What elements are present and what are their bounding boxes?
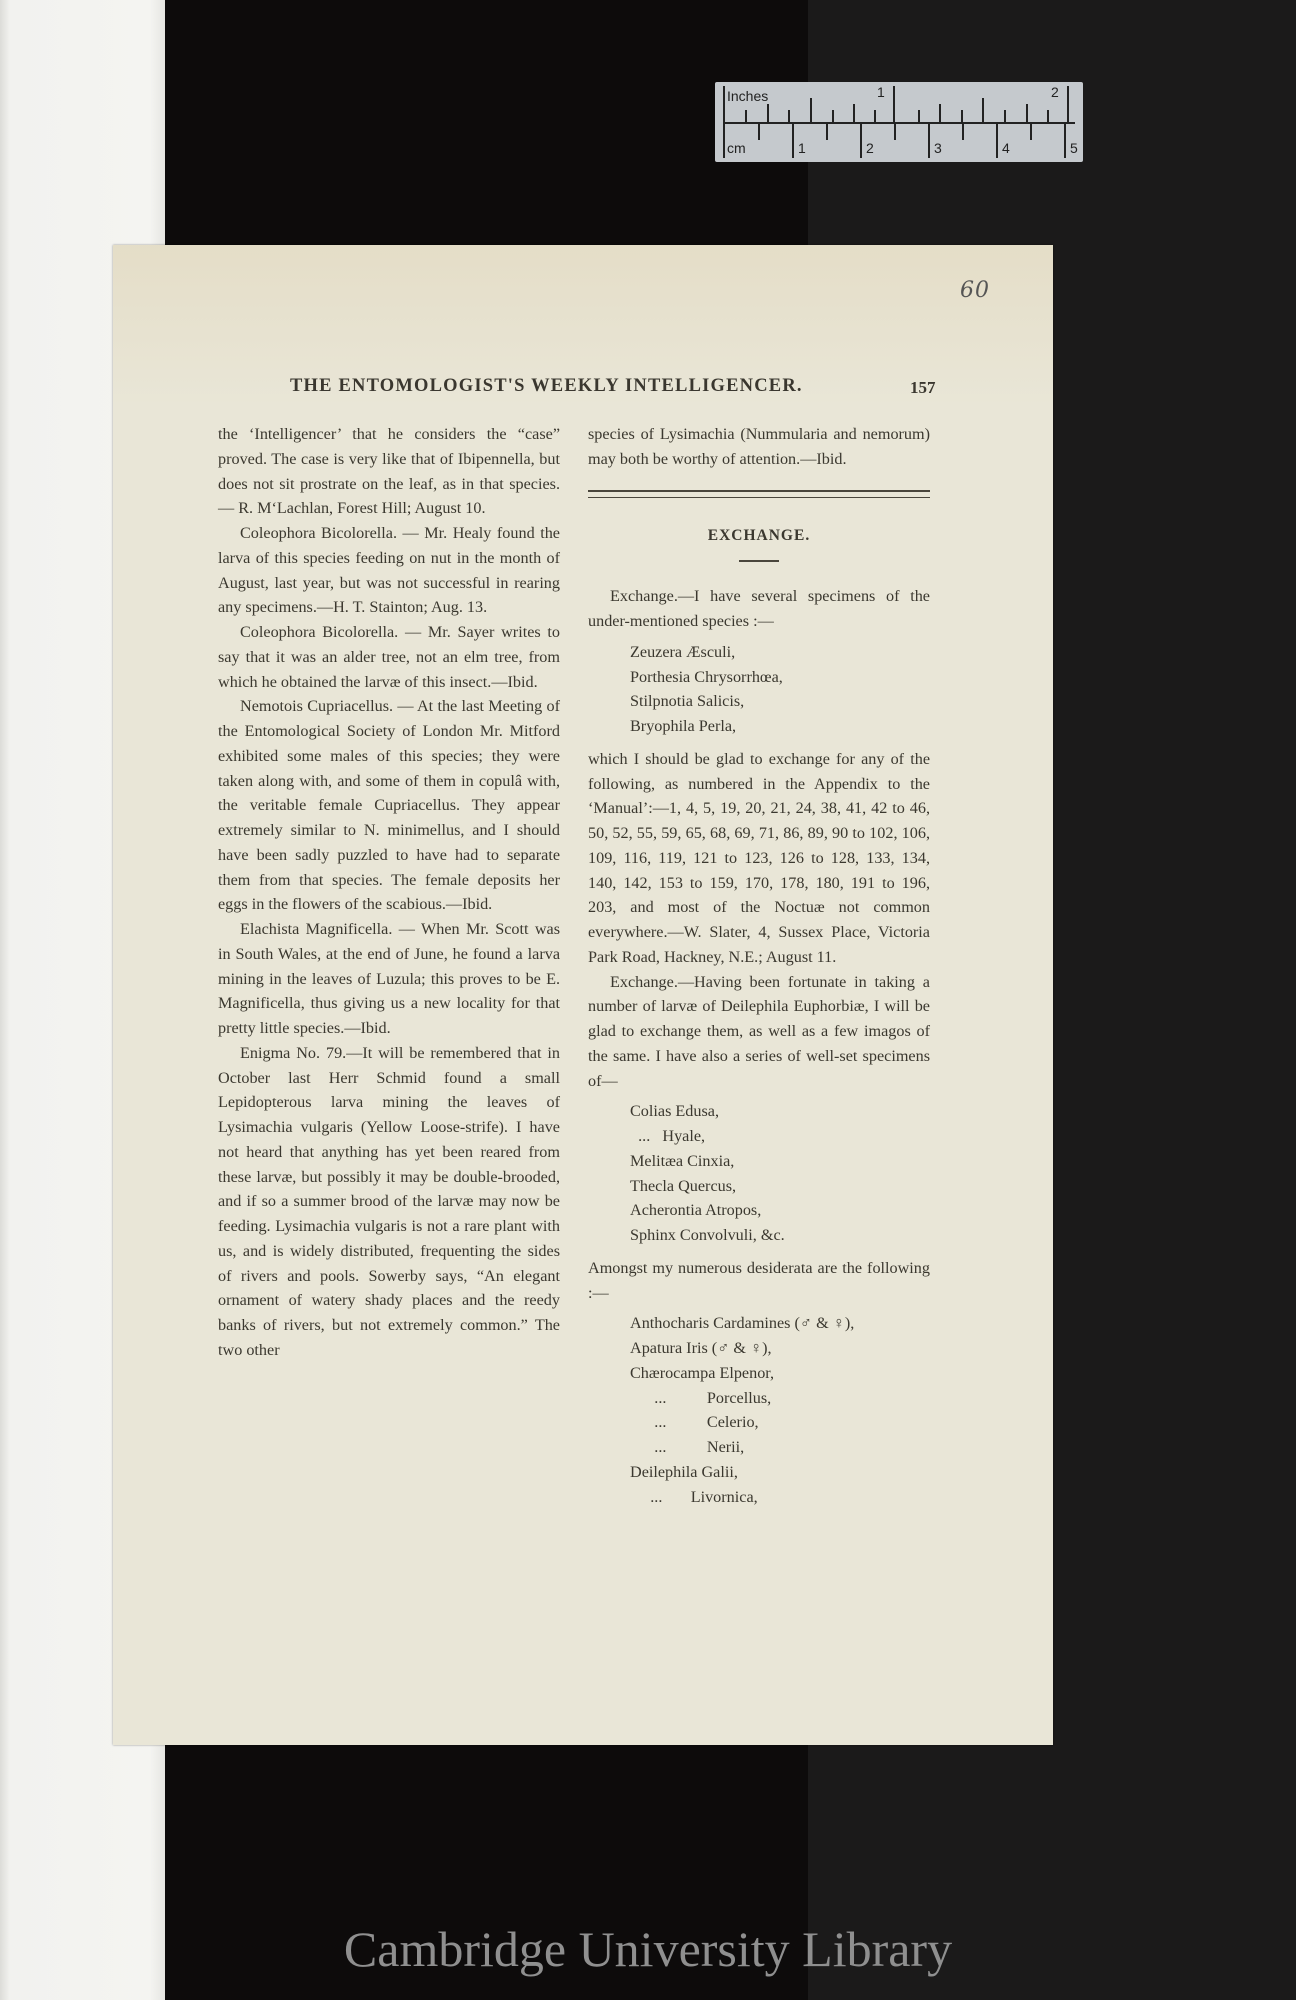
list-item: ... Porcellus,	[630, 1386, 930, 1411]
list-item: Acherontia Atropos,	[630, 1198, 930, 1223]
short-rule-divider	[739, 560, 779, 562]
paragraph: Coleophora Bicolorella. — Mr. Healy foun…	[218, 521, 560, 620]
paragraph: Exchange.—Having been fortunate in takin…	[588, 970, 930, 1094]
paragraph: Enigma No. 79.—It will be remembered tha…	[218, 1041, 560, 1363]
list-item: Porthesia Chrysorrhœa,	[630, 665, 930, 690]
paragraph: Exchange.—I have several specimens of th…	[588, 584, 930, 634]
list-item: ... Celerio,	[630, 1410, 930, 1435]
library-watermark: Cambridge University Library	[0, 1920, 1296, 1978]
species-list: Colias Edusa, ... Hyale, Melitæa Cinxia,…	[588, 1099, 930, 1248]
paragraph-continuation: species of Lysimachia (Nummularia and ne…	[588, 422, 930, 472]
handwritten-folio-number: 60	[960, 278, 990, 303]
list-item: Anthocharis Cardamines (♂ & ♀),	[630, 1311, 930, 1336]
double-rule-divider	[588, 490, 930, 498]
paragraph: which I should be glad to exchange for a…	[588, 747, 930, 970]
scale-bar: Inches cm 1 2 1 2 3 4 5	[715, 82, 1083, 162]
left-column: the ‘Intelligencer’ that he considers th…	[218, 422, 560, 1363]
scale-cm-mark: 2	[866, 140, 874, 156]
page-number: 157	[910, 378, 936, 398]
scale-cm-mark: 3	[934, 140, 942, 156]
scale-cm-mark: 4	[1002, 140, 1010, 156]
list-item: Zeuzera Æsculi,	[630, 640, 930, 665]
list-item: ... Nerii,	[630, 1435, 930, 1460]
scale-inches-label: Inches	[727, 88, 768, 104]
list-item: Deilephila Galii,	[630, 1460, 930, 1485]
desiderata-list: Anthocharis Cardamines (♂ & ♀), Apatura …	[588, 1311, 930, 1509]
scale-cm-mark: 5	[1070, 140, 1078, 156]
paragraph: Amongst my numerous desiderata are the f…	[588, 1256, 930, 1306]
list-item: Colias Edusa,	[630, 1099, 930, 1124]
paragraph: Coleophora Bicolorella. — Mr. Sayer writ…	[218, 620, 560, 694]
scale-cm-label: cm	[727, 140, 746, 156]
right-column: species of Lysimachia (Nummularia and ne…	[588, 422, 930, 1517]
species-list: Zeuzera Æsculi, Porthesia Chrysorrhœa, S…	[588, 640, 930, 739]
list-item: Stilpnotia Salicis,	[630, 689, 930, 714]
list-item: Apatura Iris (♂ & ♀),	[630, 1336, 930, 1361]
running-head: THE ENTOMOLOGIST'S WEEKLY INTELLIGENCER.	[290, 376, 940, 397]
list-item: ... Livornica,	[630, 1485, 930, 1510]
scale-inch-mark: 2	[1051, 84, 1059, 100]
scale-inch-mark: 1	[877, 84, 885, 100]
list-item: ... Hyale,	[630, 1124, 930, 1149]
list-item: Sphinx Convolvuli, &c.	[630, 1223, 930, 1248]
scale-axis	[723, 122, 1075, 124]
paragraph: Nemotois Cupriacellus. — At the last Mee…	[218, 694, 560, 917]
paragraph: Elachista Magnificella. — When Mr. Scott…	[218, 917, 560, 1041]
paragraph: the ‘Intelligencer’ that he considers th…	[218, 422, 560, 521]
list-item: Thecla Quercus,	[630, 1174, 930, 1199]
section-title: EXCHANGE.	[588, 524, 930, 549]
list-item: Melitæa Cinxia,	[630, 1149, 930, 1174]
list-item: Chærocampa Elpenor,	[630, 1361, 930, 1386]
list-item: Bryophila Perla,	[630, 714, 930, 739]
scale-cm-mark: 1	[798, 140, 806, 156]
